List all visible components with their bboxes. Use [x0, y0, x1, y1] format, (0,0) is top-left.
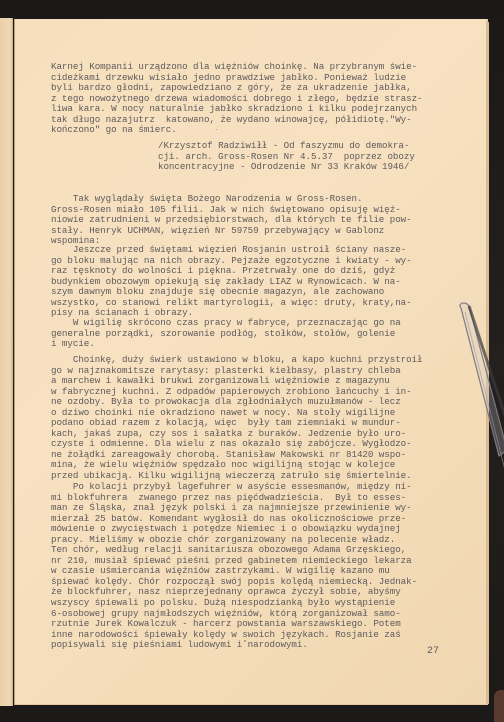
- tweezers-icon: [455, 300, 504, 480]
- text-line: Karnej Kompanii urządzono dla więźniów c…: [51, 62, 471, 73]
- paragraph-5: Choinkę, duży świerk ustawiono w bloku, …: [51, 355, 471, 482]
- citation-line: /Krzysztof Radziwiłł - Od faszyzmu do de…: [158, 141, 504, 152]
- text-line: przed ubikacją. Kilku wigilijną wieczerz…: [51, 471, 471, 482]
- paragraph-6: Po kolacji przybył lagefuhrer w asyście …: [51, 482, 471, 651]
- text-line: W wigilię skrócono czas pracy w fabryce,…: [51, 318, 471, 329]
- page-number: 27: [427, 646, 439, 657]
- text-line: i mycie.: [51, 339, 471, 350]
- text-line: kończono" go na śmierc.: [51, 125, 471, 136]
- text-line: Jeszcze przed świętami więzień Rosjanin …: [51, 245, 471, 256]
- paragraph-1: Karnej Kompanii urządzono dla więźniów c…: [51, 62, 471, 136]
- text-line: Choinkę, duży świerk ustawiono w bloku, …: [51, 355, 471, 366]
- text-line: Po kolacji przybył lagefuhrer w asyście …: [51, 482, 471, 493]
- left-page-edge: [0, 18, 13, 706]
- text-line: generalne porządki, szorowanie podłóg, s…: [51, 329, 471, 340]
- paragraph-4: W wigilię skrócono czas pracy w fabryce,…: [51, 318, 471, 350]
- paragraph-2: Tak wyglądały święta Bożego Narodzenia w…: [51, 194, 471, 247]
- text-line: popisywali się pieśniami ludowymi i naro…: [51, 640, 471, 651]
- citation: /Krzysztof Radziwiłł - Od faszyzmu do de…: [158, 141, 504, 173]
- background-object: [494, 690, 504, 722]
- text-line: stały. Henryk UCHMAN, więzień Nr 59759 p…: [51, 226, 471, 237]
- citation-line: koncentracyjne - Odrodzenie Nr 33 Kraków…: [158, 162, 504, 173]
- text-line: Tak wyglądały święta Bożego Narodzenia w…: [51, 194, 471, 205]
- paragraph-3: Jeszcze przed świętami więzień Rosjanin …: [51, 245, 471, 319]
- text-line: wszyscy śpiewali po polsku. Dużą niespod…: [51, 598, 471, 609]
